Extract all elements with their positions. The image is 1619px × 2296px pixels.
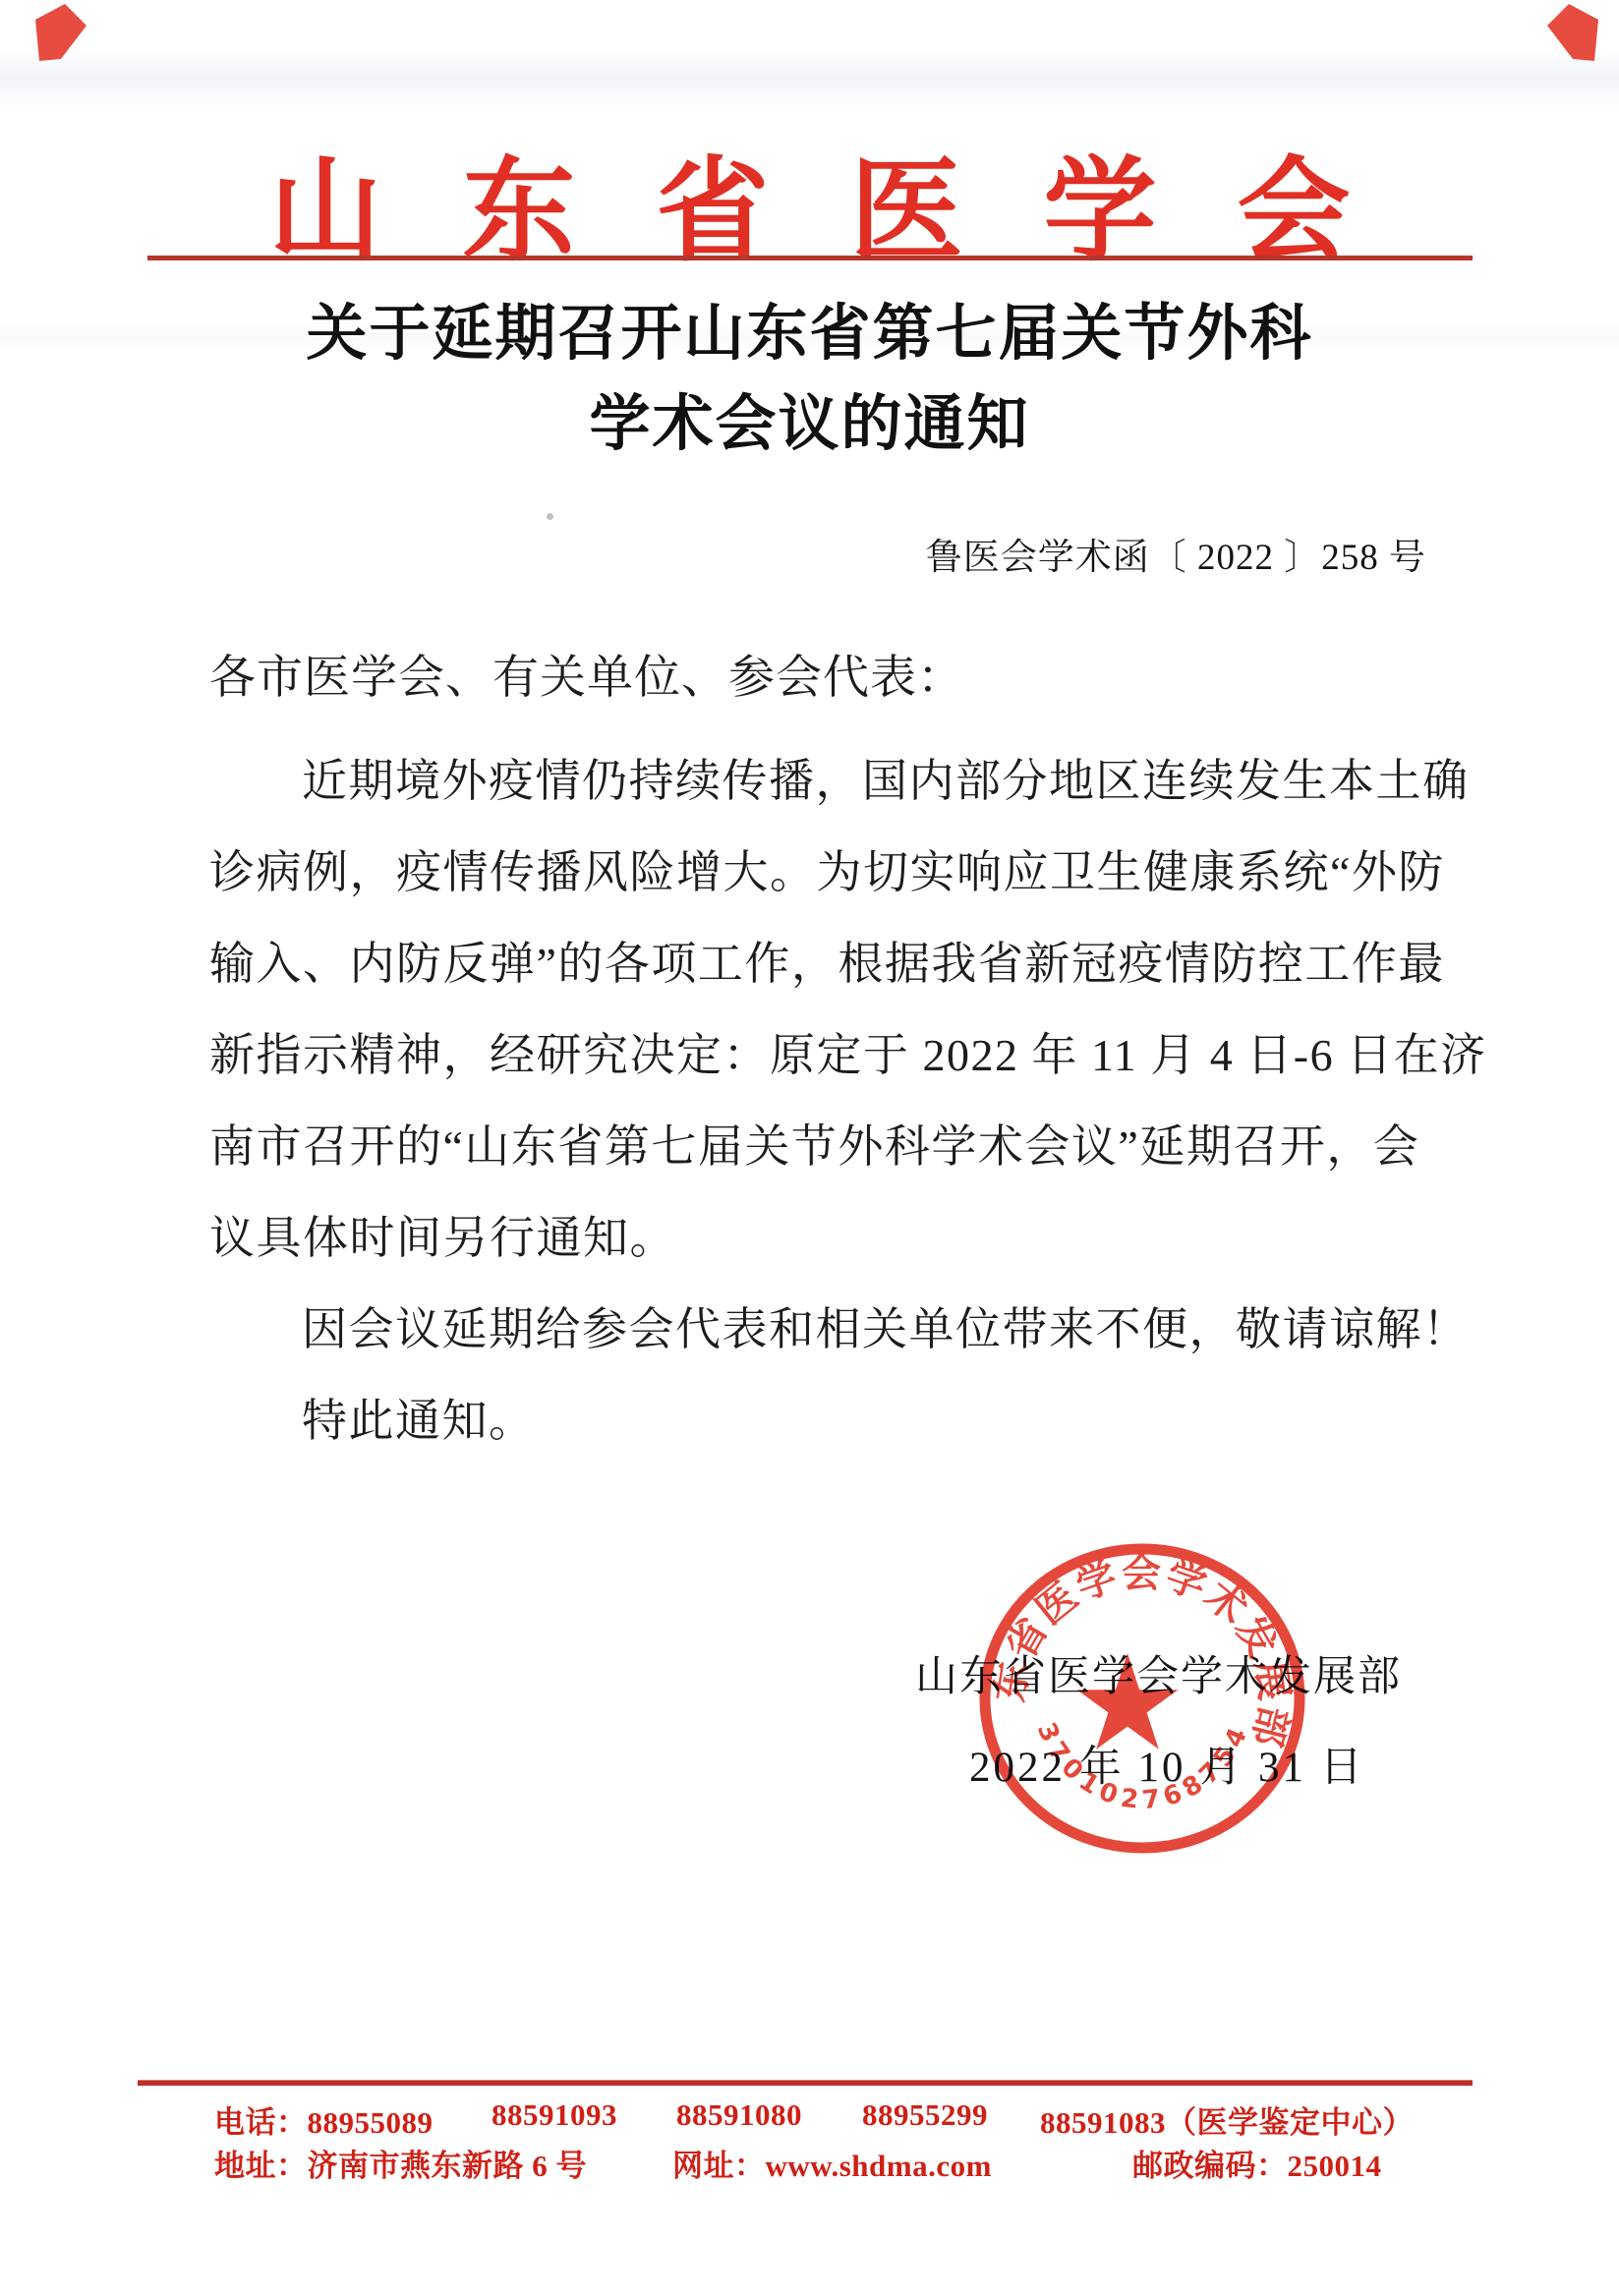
footer-phone: 88955299 — [862, 2097, 988, 2133]
red-corner-mark-icon — [35, 4, 90, 65]
official-seal: 山东省医学会学术发展部 370102768754 — [979, 1539, 1307, 1860]
scan-artifact-band — [0, 51, 1619, 108]
scanned-notice-document: 山东省医学会 关于延期召开山东省第七届关节外科 学术会议的通知 鲁医会学术函〔 … — [0, 0, 1619, 2296]
body-line: 诊病例，疫情传播风险增大。为切实响应卫生健康系统“外防 — [209, 827, 1428, 918]
body-line: 特此通知。 — [209, 1375, 1428, 1466]
body-line: 议具体时间另行通知。 — [209, 1192, 1428, 1284]
reference-number: 鲁医会学术函〔 2022 〕258 号 — [926, 527, 1426, 580]
footer-rule — [138, 2080, 1473, 2086]
footer-website: 网址：www.shdma.com — [672, 2141, 992, 2185]
footer-postal-code: 邮政编码：250014 — [1132, 2141, 1382, 2185]
footer-phone: 88591093 — [491, 2097, 617, 2133]
scan-speck — [547, 513, 553, 520]
footer-phone: 88591080 — [676, 2097, 802, 2133]
body-line: 新指示精神，经研究决定：原定于 2022 年 11 月 4 日-6 日在济 — [209, 1009, 1428, 1101]
letterhead-rule — [147, 256, 1473, 260]
document-title: 关于延期召开山东省第七届关节外科 学术会议的通知 — [0, 289, 1619, 470]
seal-star-icon — [1077, 1653, 1179, 1750]
body-line: 输入、内防反弹”的各项工作，根据我省新冠疫情防控工作最 — [209, 918, 1428, 1009]
footer-phone-appraisal-center: 88591083（医学鉴定中心） — [1040, 2097, 1414, 2142]
body-line: 近期境外疫情仍持续传播，国内部分地区连续发生本土确 — [209, 735, 1428, 827]
footer-phone: 电话：88955089 — [214, 2097, 434, 2142]
red-corner-mark-icon — [1543, 4, 1598, 65]
footer-address: 地址：济南市燕东新路 6 号 — [214, 2141, 587, 2185]
document-title-line2: 学术会议的通知 — [0, 379, 1619, 470]
body-text: 近期境外疫情仍持续传播，国内部分地区连续发生本土确 诊病例，疫情传播风险增大。为… — [209, 735, 1428, 1466]
salutation: 各市医学会、有关单位、参会代表： — [209, 641, 964, 707]
body-line: 因会议延期给参会代表和相关单位带来不便，敬请谅解！ — [209, 1284, 1428, 1375]
document-title-line1: 关于延期召开山东省第七届关节外科 — [0, 289, 1619, 379]
body-line: 南市召开的“山东省第七届关节外科学术会议”延期召开，会 — [209, 1101, 1428, 1192]
